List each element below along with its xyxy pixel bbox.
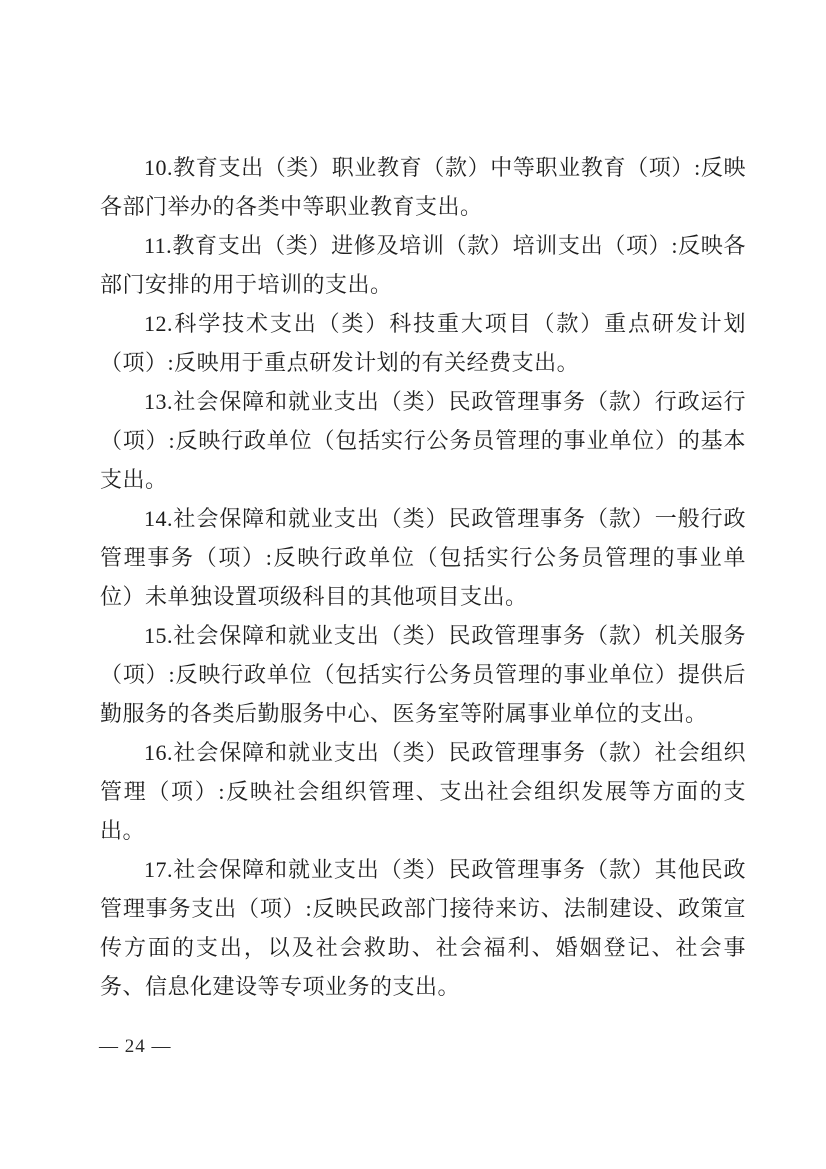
paragraph-item-10: 10.教育支出（类）职业教育（款）中等职业教育（项）:反映各部门举办的各类中等职… xyxy=(100,148,746,226)
paragraph-item-12: 12.科学技术支出（类）科技重大项目（款）重点研发计划（项）:反映用于重点研发计… xyxy=(100,304,746,382)
paragraph-item-11: 11.教育支出（类）进修及培训（款）培训支出（项）:反映各部门安排的用于培训的支… xyxy=(100,226,746,304)
paragraph-item-13: 13.社会保障和就业支出（类）民政管理事务（款）行政运行（项）:反映行政单位（包… xyxy=(100,382,746,499)
paragraph-item-15: 15.社会保障和就业支出（类）民政管理事务（款）机关服务（项）:反映行政单位（包… xyxy=(100,616,746,733)
document-page: 10.教育支出（类）职业教育（款）中等职业教育（项）:反映各部门举办的各类中等职… xyxy=(0,0,826,1169)
paragraph-item-14: 14.社会保障和就业支出（类）民政管理事务（款）一般行政管理事务（项）:反映行政… xyxy=(100,499,746,616)
body-text-block: 10.教育支出（类）职业教育（款）中等职业教育（项）:反映各部门举办的各类中等职… xyxy=(100,148,746,1006)
paragraph-item-17: 17.社会保障和就业支出（类）民政管理事务（款）其他民政管理事务支出（项）:反映… xyxy=(100,850,746,1006)
page-number: — 24 — xyxy=(99,1036,172,1057)
paragraph-item-16: 16.社会保障和就业支出（类）民政管理事务（款）社会组织管理（项）:反映社会组织… xyxy=(100,733,746,850)
page-footer: — 24 — xyxy=(99,1034,172,1060)
